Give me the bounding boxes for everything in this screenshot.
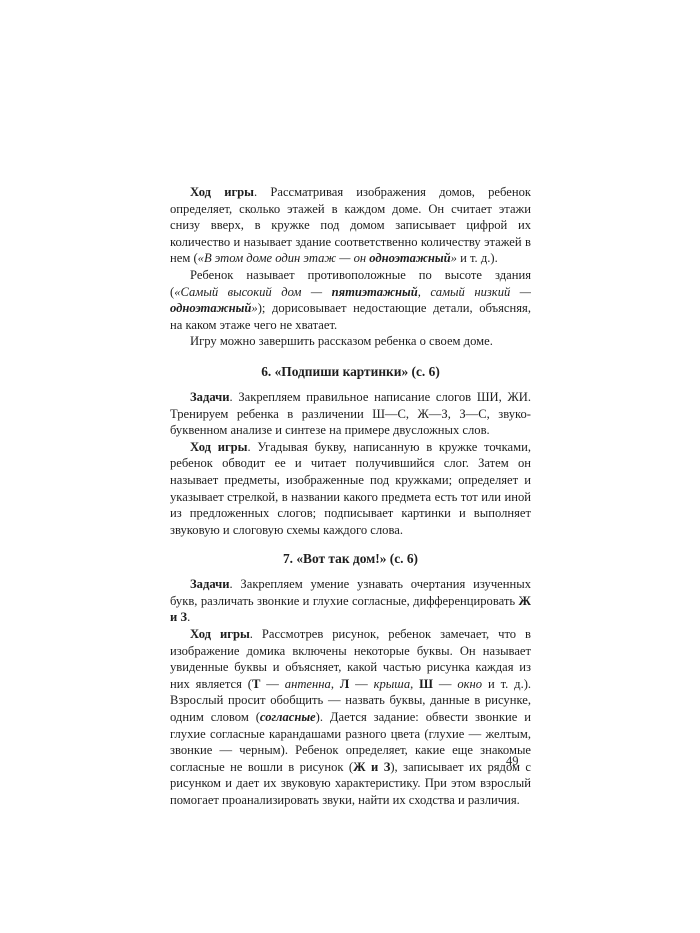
text: , xyxy=(331,677,340,691)
italic-text: антенна xyxy=(285,677,331,691)
paragraph-game-progress-7: Ход игры. Рассмотрев рисунок, ребенок за… xyxy=(170,626,531,809)
text: — xyxy=(433,677,457,691)
italic-text: окно xyxy=(457,677,482,691)
text: . xyxy=(187,610,190,624)
paragraph-game-progress-5: Ход игры. Рассматривая изображения домов… xyxy=(170,184,531,267)
paragraph-tasks-6: Задачи. Закрепляем правильное написание … xyxy=(170,389,531,439)
lead-label: Задачи xyxy=(190,577,229,591)
section-heading-6: 6. «Подпиши картинки» (с. 6) xyxy=(170,364,531,380)
italic-text: «В этом доме один этаж — он xyxy=(198,251,370,265)
italic-text: , самый низкий — xyxy=(418,285,531,299)
paragraph-opposite-heights: Ребенок называет противоположные по высо… xyxy=(170,267,531,333)
section-heading-7: 7. «Вот так дом!» (с. 6) xyxy=(170,551,531,567)
text: — xyxy=(349,677,373,691)
lead-label: Ход игры xyxy=(190,627,250,641)
paragraph-tasks-7: Задачи. Закрепляем умение узнавать очерт… xyxy=(170,576,531,626)
text: и т. д.). xyxy=(457,251,498,265)
bold-italic-text: одноэтажный xyxy=(369,251,450,265)
paragraph-finish-game: Игру можно завершить рассказом ребенка о… xyxy=(170,333,531,350)
page-number: 49 xyxy=(506,754,519,769)
bold-italic-text: согласные xyxy=(260,710,316,724)
page-body: Ход игры. Рассматривая изображения домов… xyxy=(170,184,531,809)
text: — xyxy=(260,677,284,691)
bold-italic-text: пятиэтажный xyxy=(332,285,418,299)
lead-label: Задачи xyxy=(190,390,229,404)
paragraph-game-progress-6: Ход игры. Угадывая букву, написанную в к… xyxy=(170,439,531,539)
lead-label: Ход игры xyxy=(190,185,254,199)
text: , xyxy=(410,677,419,691)
italic-text: «Самый высокий дом — xyxy=(174,285,331,299)
italic-text: крыша xyxy=(374,677,411,691)
lead-label: Ход игры xyxy=(190,440,248,454)
bold-text: Ж и З xyxy=(353,760,390,774)
text: . Угадывая букву, написанную в кружке то… xyxy=(170,440,531,537)
bold-italic-text: одноэтажный xyxy=(170,301,251,315)
bold-text: Ш xyxy=(419,677,433,691)
bold-text: Л xyxy=(340,677,349,691)
